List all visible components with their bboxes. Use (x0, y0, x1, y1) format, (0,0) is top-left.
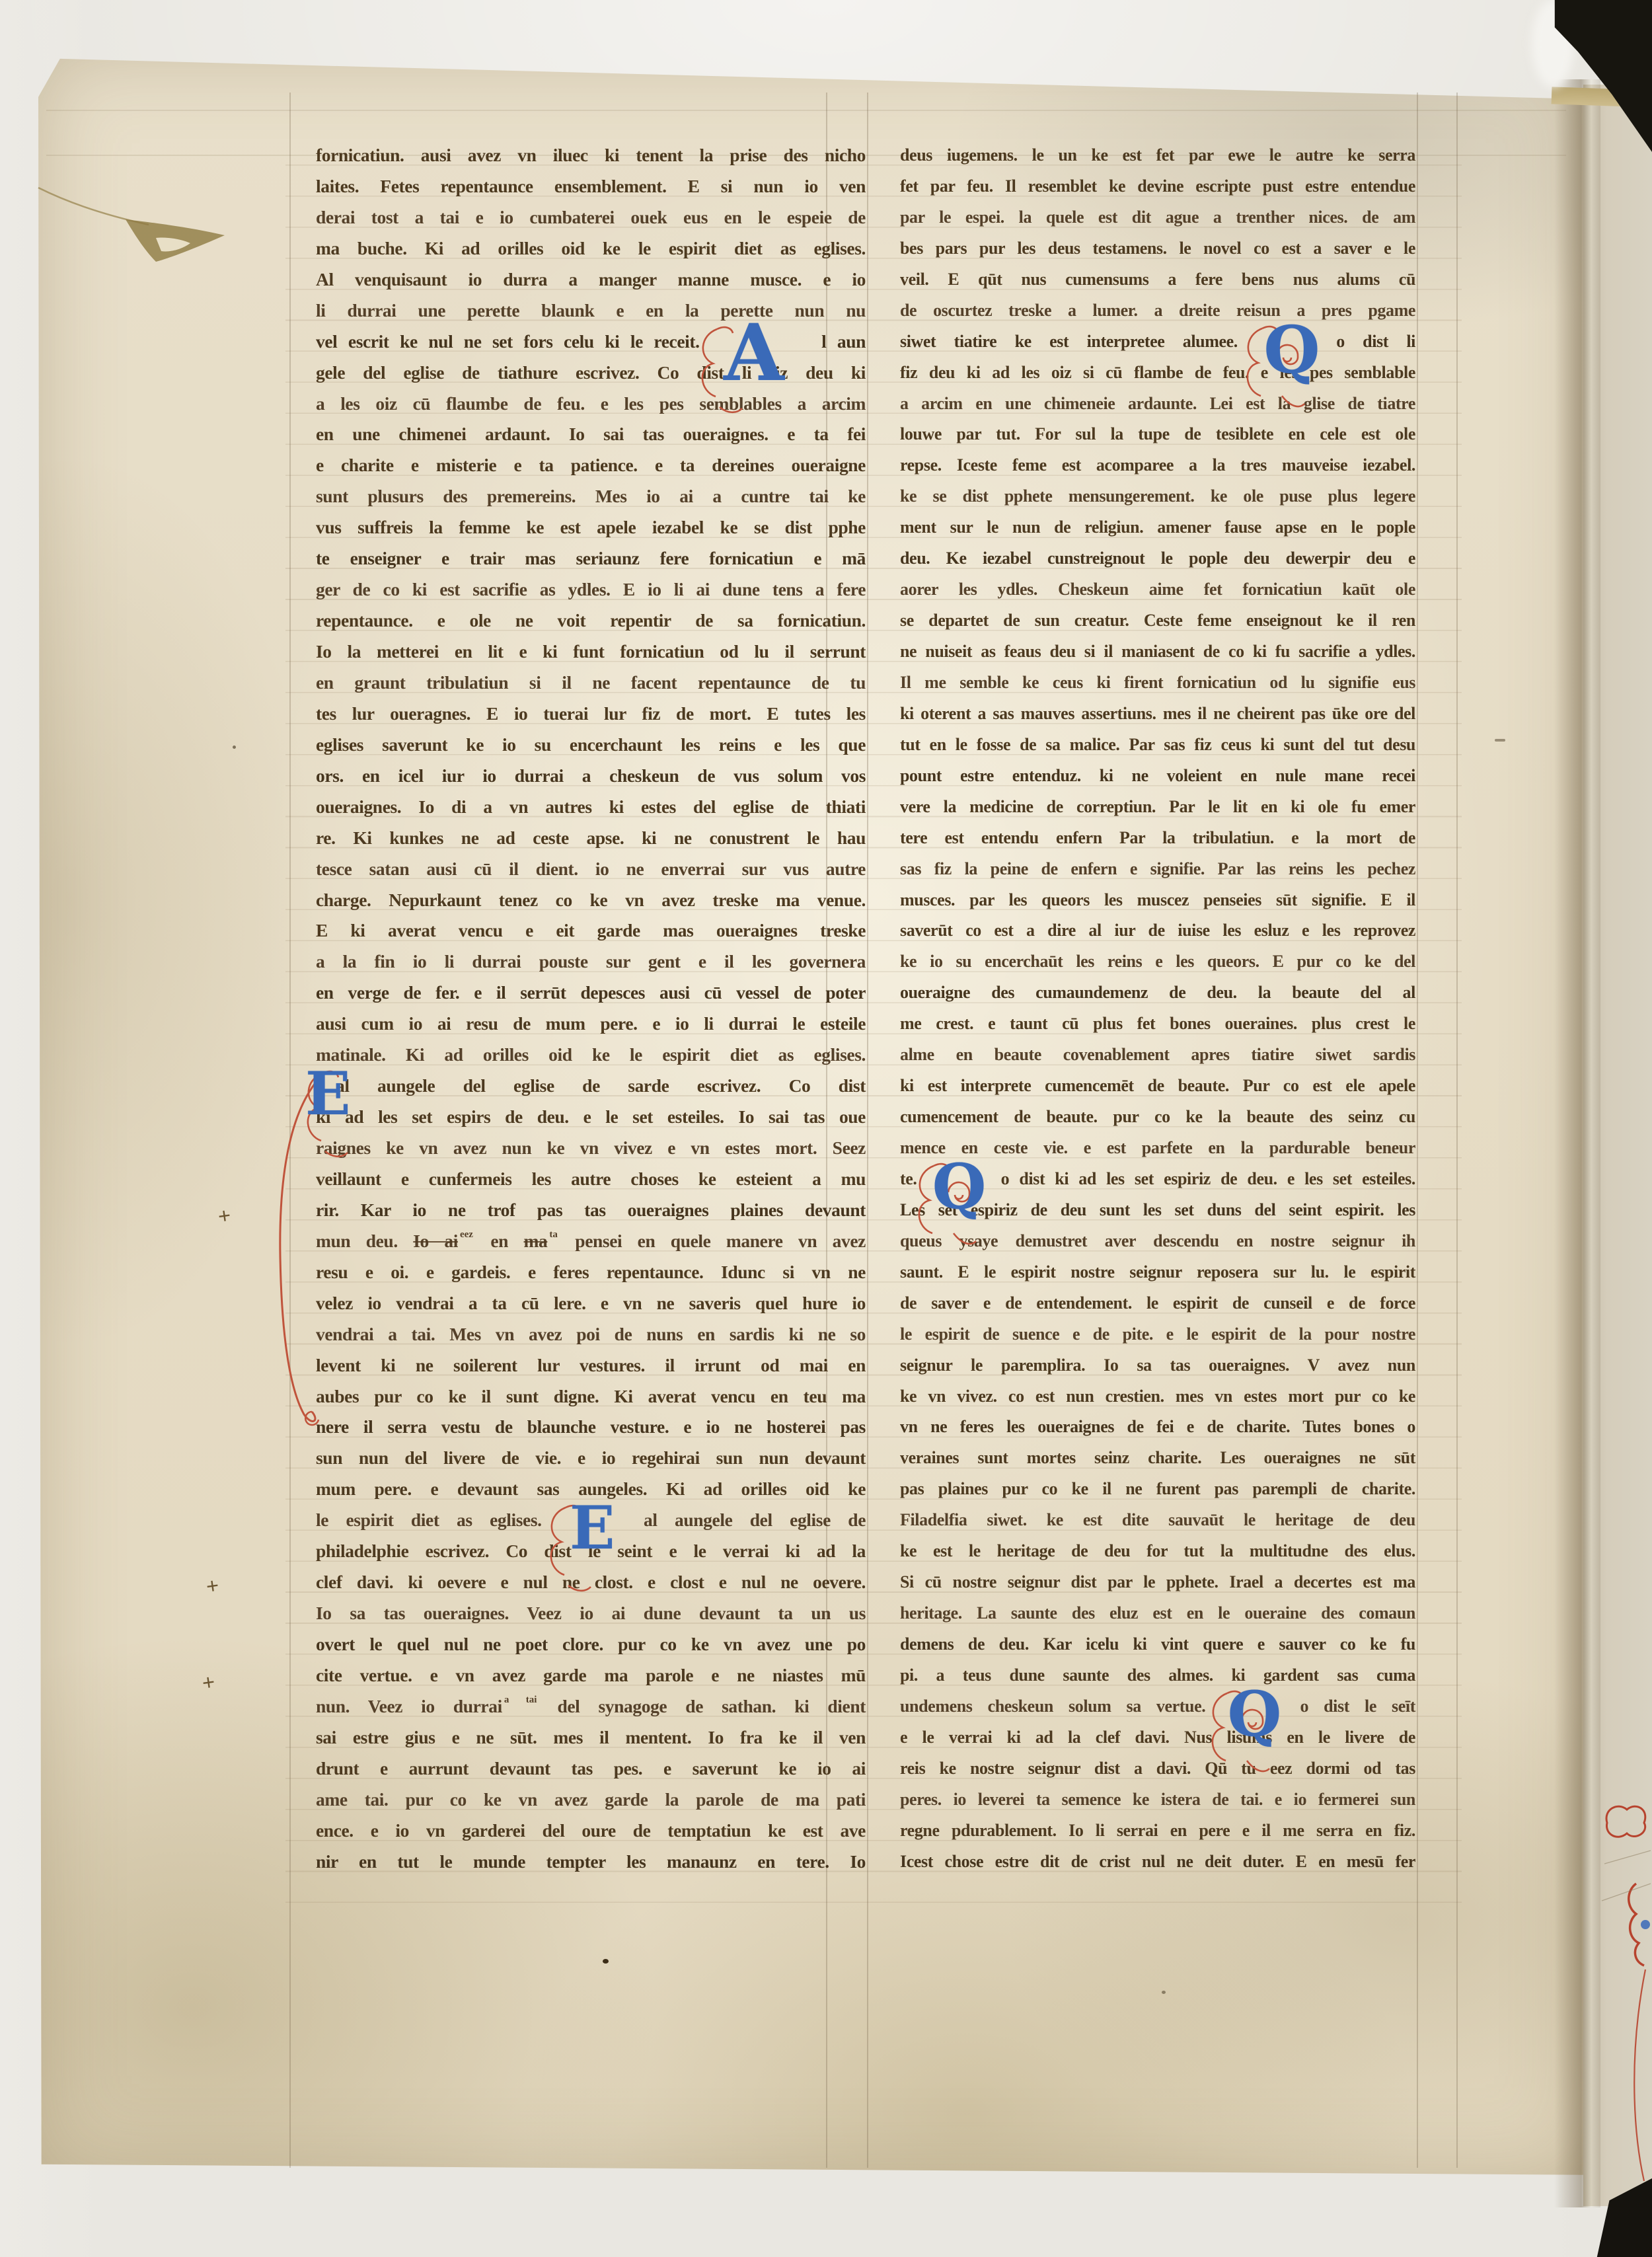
text-line: mum pere. e devaunt sas aungeles. Ki ad … (316, 1474, 866, 1505)
text-line: Si cū nostre seignur dist par le pphete.… (900, 1567, 1415, 1598)
text-line: peres. io leverei ta semence ke istera d… (900, 1784, 1415, 1816)
text-line: ame tai. pur co ke vn avez garde la paro… (316, 1784, 866, 1816)
text-line: nir en tut le munde tempter les manaunz … (316, 1847, 866, 1878)
text-line: saverūt co est a dire al iur de iuise le… (900, 915, 1415, 946)
text-line: fornicatiun. ausi avez vn iluec ki tenen… (316, 140, 866, 171)
ruling-line (46, 110, 1566, 111)
text-line: ger de co ki est sacrifie as ydles. E io… (316, 574, 866, 605)
text-line: regne pdurablement. Io li serrai en pere… (900, 1816, 1415, 1847)
illuminated-initial: Q (927, 1179, 1001, 1184)
text-line: ne nuiseit as feaus deu si il maniasent … (900, 636, 1415, 668)
text-line: tes lur oueragnes. E io tuerai lur fiz d… (316, 699, 866, 730)
text-line: vn ne feres les oueraignes de fei e de c… (900, 1412, 1415, 1443)
text-line: pount estre entenduz. ki ne voleient en … (900, 761, 1415, 792)
text-line: tere est entendu enfern Par la tribulati… (900, 823, 1415, 854)
text-line: veillaunt e cunfermeis les autre choses … (316, 1164, 866, 1195)
text-line: matinale. Ki ad orilles oid ke le espiri… (316, 1040, 866, 1071)
text-line: le espirit de suence e de pite. e le esp… (900, 1319, 1415, 1350)
text-line: siwet tiatire ke est interpretee alumee.… (900, 326, 1415, 358)
text-line: li durrai une perette blaunk e en la per… (316, 295, 866, 326)
text-line: oueraignes. Io di a vn autres ki estes d… (316, 792, 866, 823)
text-line: louwe par tut. For sul la tupe de tesibl… (900, 419, 1415, 450)
text-line: drunt e aurrunt devaunt tas pes. e saver… (316, 1753, 866, 1784)
illuminated-initial: Q (1220, 1706, 1300, 1712)
text-line: Eal aungele del eglise de sarde escrivez… (316, 1071, 866, 1102)
text-line: queus ysaye demustret aver descendu en n… (900, 1226, 1415, 1257)
text-line: ke io su encerchaūt les reins e les queo… (900, 946, 1415, 977)
text-line: fiz deu ki ad les oiz si cū flambe de fe… (900, 358, 1415, 389)
text-line: a la fin io li durrai pouste sur gent e … (316, 946, 866, 977)
interlinear-correction: eez (460, 1229, 473, 1240)
text-line: Il me semble ke ceus ki firent fornicati… (900, 668, 1415, 699)
text-line: re. Ki kunkes ne ad ceste apse. ki ne co… (316, 823, 866, 854)
text-line: deu. Ke iezabel cunstreignout le pople d… (900, 543, 1415, 574)
text-line: alme en beaute covenablement apres tiati… (900, 1040, 1415, 1071)
text-line: rir. Kar io ne trof pas tas oueraignes p… (316, 1195, 866, 1226)
text-line: resu e oi. e gardeis. e feres repentaunc… (316, 1257, 866, 1288)
text-line: pas plaines pur co ke il ne furent pas p… (900, 1474, 1415, 1505)
text-line: sai estre gius e ne sūt. mes il mentent.… (316, 1722, 866, 1753)
text-line: ke se dist pphete mensungerement. ke ole… (900, 481, 1415, 512)
text-line: cite vertue. e vn avez garde ma parole e… (316, 1660, 866, 1691)
text-line: nere il serra vestu de blaunche vesture.… (316, 1412, 866, 1443)
text-line: overt le quel nul ne poet clore. pur co … (316, 1629, 866, 1660)
text-line: levent ki ne soilerent lur vestures. il … (316, 1350, 866, 1381)
text-line: bes pars pur les deus testamens. le nove… (900, 233, 1415, 264)
text-line: veil. E qūt nus cumensums a fere bens nu… (900, 264, 1415, 295)
text-line: saunt. E le espirit nostre seignur repos… (900, 1257, 1415, 1288)
illuminated-initial: E (316, 1087, 336, 1092)
text-line: me crest. e taunt cū plus fet bones ouer… (900, 1009, 1415, 1040)
text-line: heritage. La saunte des eluz est en le o… (900, 1598, 1415, 1629)
text-line: te. Qo dist ki ad les set espiriz de deu… (900, 1164, 1415, 1195)
text-column-left: fornicatiun. ausi avez vn iluec ki tenen… (316, 140, 866, 1878)
illuminated-initial: A (710, 342, 821, 348)
text-line: Io sa tas oueraignes. Veez io ai dune de… (316, 1598, 866, 1629)
text-line: te enseigner e trair mas seriaunz fere f… (316, 543, 866, 574)
text-line: sunt plusurs des premereins. Mes io ai a… (316, 481, 866, 512)
text-line: oueraigne des cumaundemenz de deu. la be… (900, 977, 1415, 1009)
text-line: derai tost a tai e io cumbaterei ouek eu… (316, 202, 866, 233)
text-line: velez io vendrai a ta cū lere. e vn ne s… (316, 1288, 866, 1319)
text-line: ors. en icel iur io durrai a cheskeun de… (316, 761, 866, 792)
text-line: seignur le paremplira. Io sa tas oueraig… (900, 1350, 1415, 1381)
text-line: Icest chose estre dit de crist nul ne de… (900, 1847, 1415, 1878)
text-line: clef davi. ki oevere e nul ne clost. e c… (316, 1567, 866, 1598)
expunged-text: Io ai (413, 1231, 458, 1251)
text-line: philadelphie escrivez. Co dist le seint … (316, 1536, 866, 1567)
expunged-text: ma (524, 1231, 548, 1251)
text-line: cumencement de beaute. pur co ke la beau… (900, 1102, 1415, 1133)
text-line: laites. Fetes repentaunce ensemblement. … (316, 171, 866, 202)
ink-speck (1495, 739, 1505, 742)
gutter-crease (1554, 79, 1600, 2207)
text-line: vendrai a tai. Mes vn avez poi de nuns e… (316, 1319, 866, 1350)
text-line: de oscurtez treske a lumer. a dreite rei… (900, 295, 1415, 326)
text-line: Al venquisaunt io durra a manger manne m… (316, 264, 866, 295)
text-line: demens de deu. Kar icelu ki vint quere e… (900, 1629, 1415, 1660)
text-line: mence en ceste vie. e est parfete en la … (900, 1133, 1415, 1164)
text-line: charge. Nepurkaunt tenez co ke vn avez t… (316, 885, 866, 916)
facing-page-penwork (1598, 1784, 1652, 2207)
interlinear-correction: ta (549, 1229, 558, 1240)
text-line: tut en le fosse de sa malice. Par sas fi… (900, 730, 1415, 761)
text-line: Io la metterei en lit e ki funt fornicat… (316, 636, 866, 668)
text-line: a les oiz cū flaumbe de feu. e les pes s… (316, 389, 866, 420)
text-line: vel escrit ke nul ne set fors celu ki le… (316, 326, 866, 358)
text-line: ki oterent a sas mauves assertiuns. mes … (900, 699, 1415, 730)
text-line: de saver e de entendement. le espirit de… (900, 1288, 1415, 1319)
text-line: raignes ke vn avez nun ke vn vivez e vn … (316, 1133, 866, 1164)
text-line: eglises saverunt ke io su encerchaunt le… (316, 730, 866, 761)
ruling-line-vertical (867, 93, 868, 2168)
text-line: musces. par les queors les muscez pensei… (900, 885, 1415, 916)
text-line: en une chimenei ardaunt. Io sai tas ouer… (316, 419, 866, 450)
text-line: ki ad les set espirs de deu. e le set es… (316, 1102, 866, 1133)
text-line: repentaunce. e ole ne voit repentir de s… (316, 605, 866, 636)
text-line: repse. Iceste feme est acomparee a la tr… (900, 450, 1415, 481)
text-line: ment sur le nun de religiun. amener faus… (900, 512, 1415, 543)
illuminated-initial: Q (1256, 342, 1336, 347)
text-line: aorer les ydles. Cheskeun aime fet forni… (900, 574, 1415, 605)
text-line: E ki averat vencu e eit garde mas ouerai… (316, 915, 866, 946)
text-line: e charite e misterie e ta patience. e ta… (316, 450, 866, 481)
text-line: sas fiz la peine de enfern e signifie. P… (900, 854, 1415, 885)
text-line: veraines sunt mortes seinz charite. Les … (900, 1443, 1415, 1474)
text-line: ki est interprete cumencemēt de beaute. … (900, 1071, 1415, 1102)
text-line: undemens cheskeun solum sa vertue. Qo di… (900, 1691, 1415, 1722)
illuminated-initial: E (559, 1521, 644, 1526)
ruling-line-vertical (1417, 93, 1418, 2168)
text-line: le espirit diet as eglises. Eal aungele … (316, 1505, 866, 1536)
ink-speck (1162, 1991, 1166, 1994)
text-line: e le verrai ki ad la clef davi. Nus lisu… (900, 1722, 1415, 1753)
text-line: sun nun del livere de vie. e io regehira… (316, 1443, 866, 1474)
interlinear-correction: a tai (504, 1695, 537, 1705)
text-line: ma buche. Ki ad orilles oid ke le espiri… (316, 233, 866, 264)
text-line: mun deu. Io aieez en mata pensei en quel… (316, 1226, 866, 1257)
text-line: Filadelfia siwet. ke est dite sauvaūt le… (900, 1505, 1415, 1536)
text-line: en graunt tribulatiun si il ne facent re… (316, 668, 866, 699)
text-line: ence. e io vn garderei del oure de tempt… (316, 1816, 866, 1847)
text-line: fet par feu. Il resemblet ke devine escr… (900, 171, 1415, 202)
text-line: vus suffreis la femme ke est apele iezab… (316, 512, 866, 543)
ink-speck (233, 746, 236, 749)
text-line: se departet de sun creatur. Ceste feme e… (900, 605, 1415, 636)
text-line: deus iugemens. le un ke est fet par ewe … (900, 140, 1415, 171)
text-line: ke vn vivez. co est nun crestien. mes vn… (900, 1381, 1415, 1412)
text-line: pi. a teus dune saunte des almes. ki gar… (900, 1660, 1415, 1691)
text-line: aubes pur co ke il sunt digne. Ki averat… (316, 1381, 866, 1412)
text-line: ke est le heritage de deu for tut la mul… (900, 1536, 1415, 1567)
text-line: ausi cum io ai resu de mum pere. e io li… (316, 1009, 866, 1040)
text-column-right: deus iugemens. le un ke est fet par ewe … (900, 140, 1415, 1878)
text-line: reis ke nostre seignur dist a davi. Qū t… (900, 1753, 1415, 1784)
ink-speck (603, 1959, 609, 1964)
text-line: par le espei. la quele est dit ague a tr… (900, 202, 1415, 233)
text-line: Les set espiriz de deu sunt les set duns… (900, 1195, 1415, 1226)
text-line: en verge de fer. e il serrūt depesces au… (316, 977, 866, 1009)
text-line: vere la medicine de correptiun. Par le l… (900, 792, 1415, 823)
text-line: gele del eglise de tiathure escrivez. Co… (316, 358, 866, 389)
text-line: tesce satan ausi cū il dient. io ne enve… (316, 854, 866, 885)
ruling-line-vertical (1456, 93, 1458, 2168)
parchment-stain (26, 159, 251, 284)
text-line: a arcim en une chimeneie ardaunte. Lei e… (900, 389, 1415, 420)
text-line: nun. Veez io durraia tai del synagoge de… (316, 1691, 866, 1722)
